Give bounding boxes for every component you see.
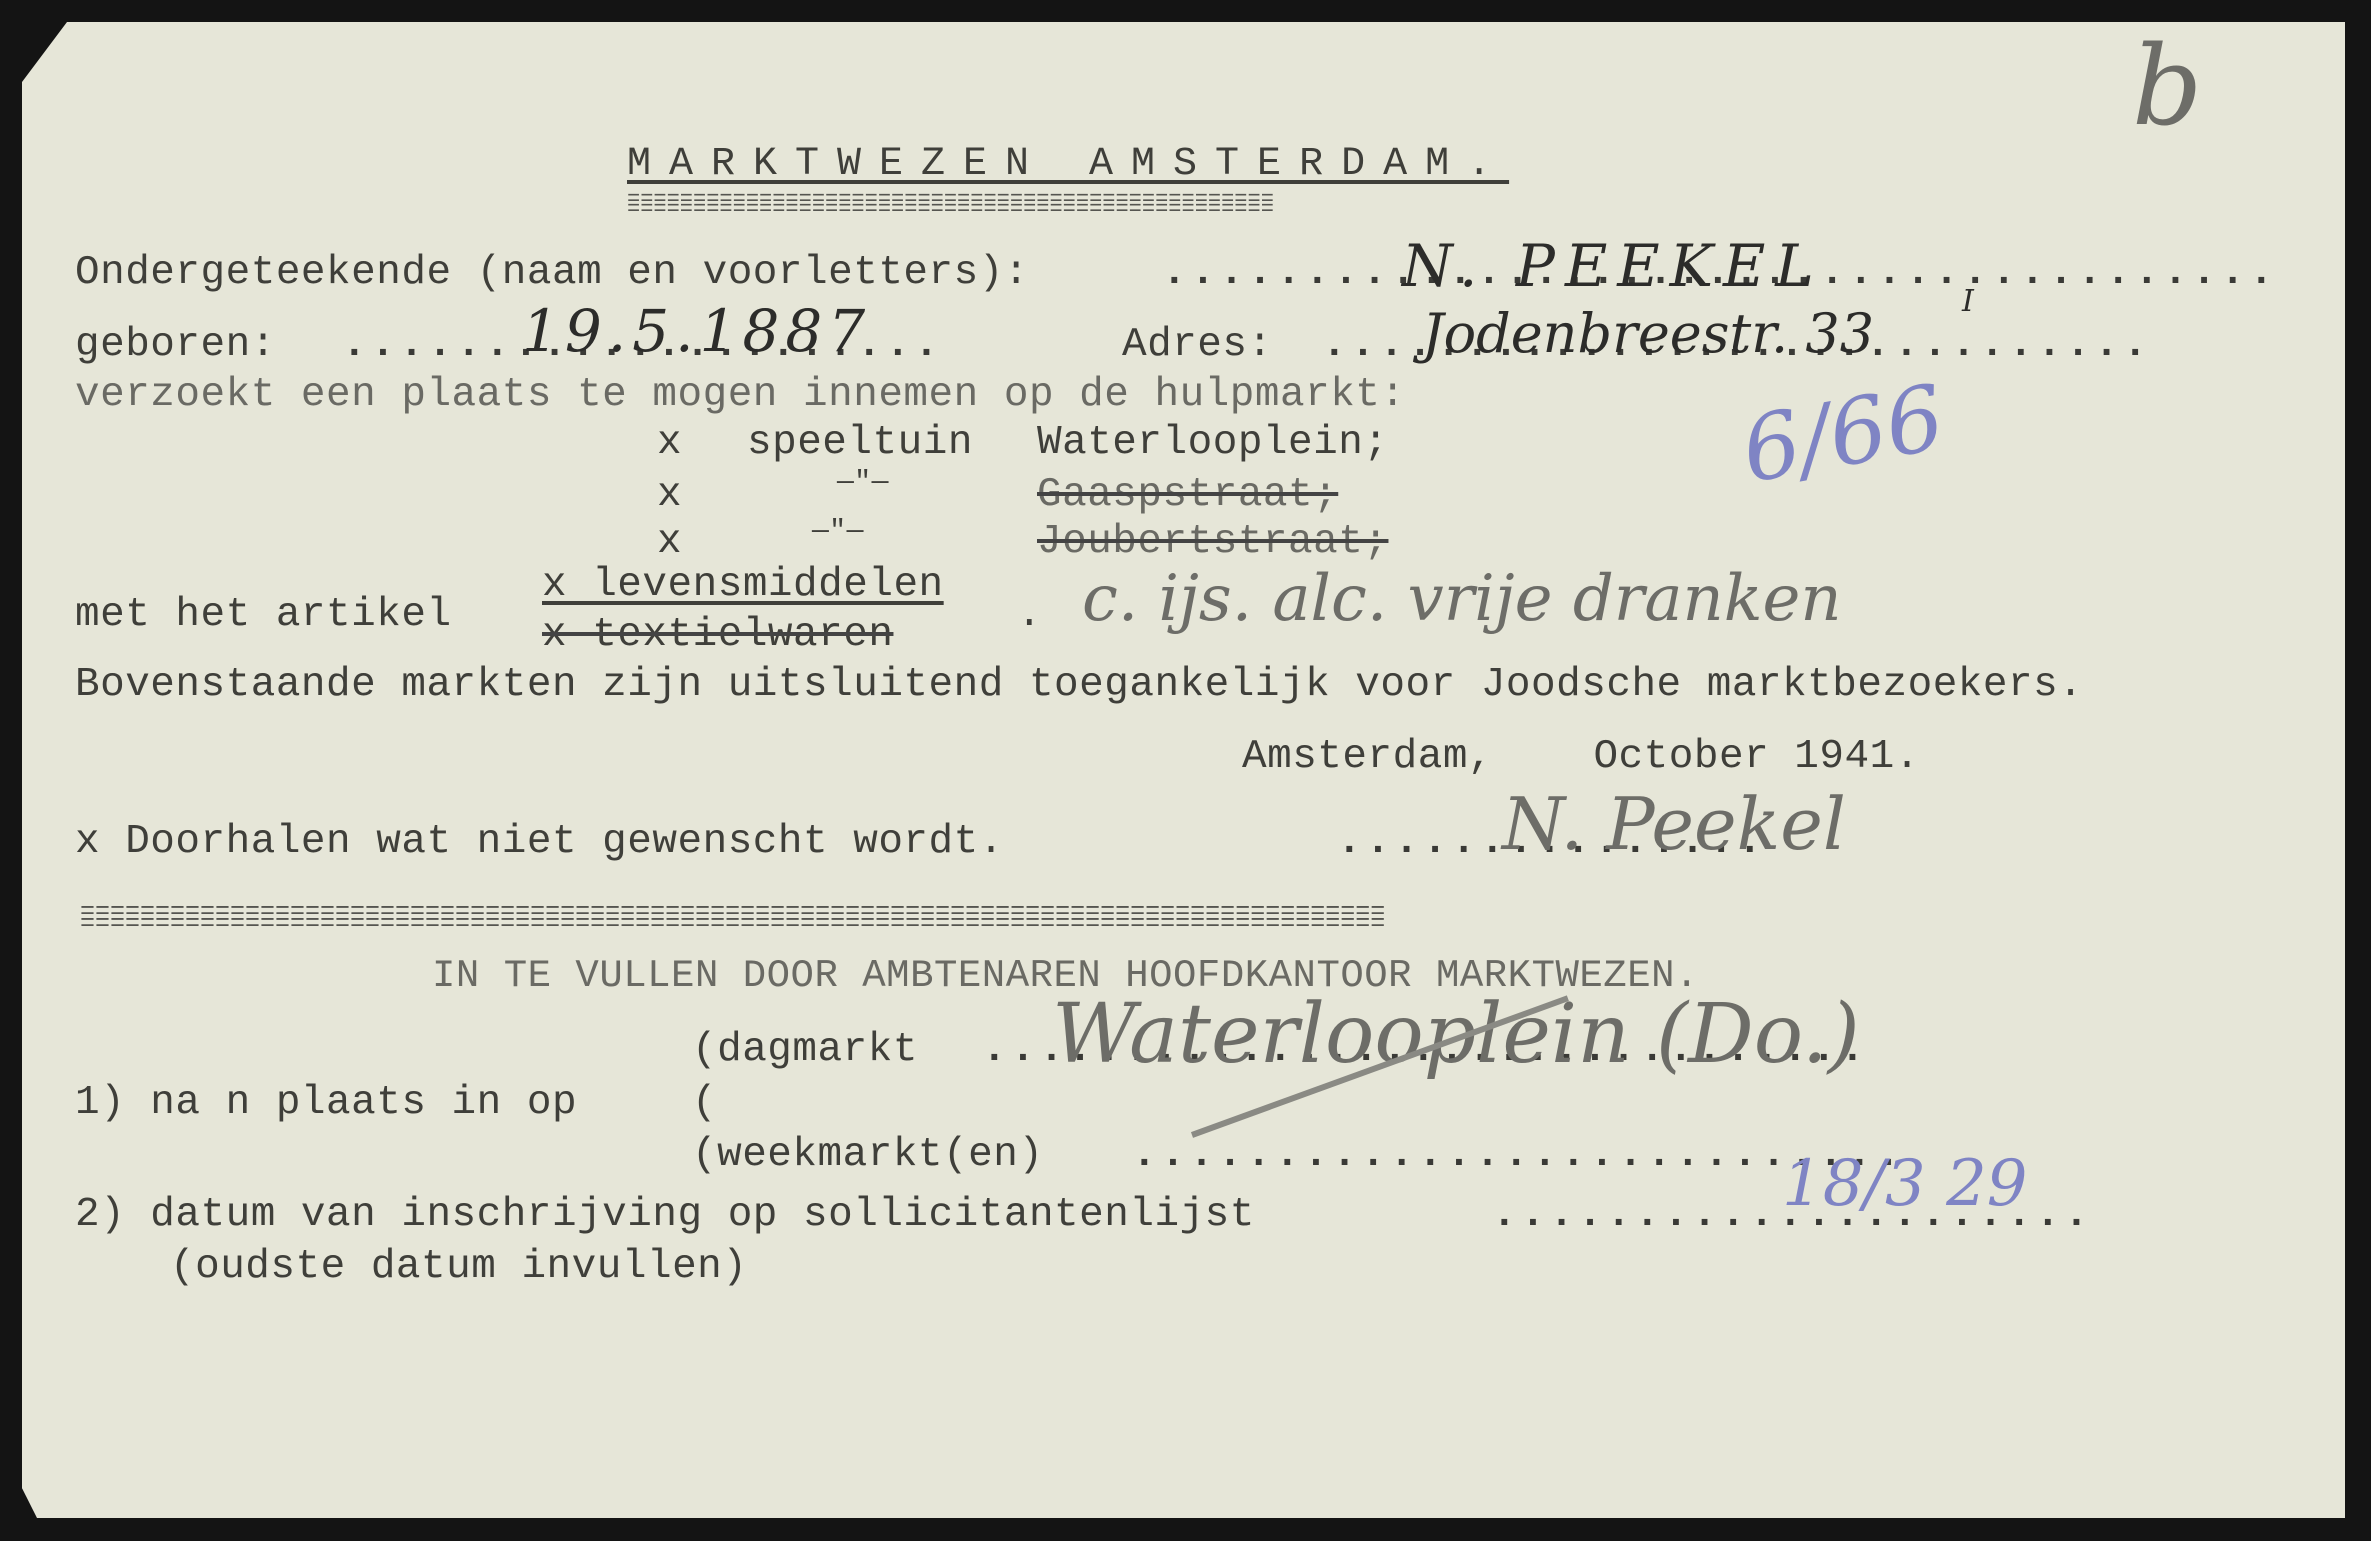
article-option-2: x textielwaren — [542, 612, 893, 658]
place-date: Amsterdam, October 1941. — [1242, 734, 1920, 780]
market-ditto-3: —″— — [812, 516, 864, 547]
market-prefix-1: speeltuin — [747, 420, 973, 466]
market-name-1: Waterlooplein; — [1037, 420, 1388, 466]
strike-note: x Doorhalen wat niet gewenscht wordt. — [75, 819, 1004, 865]
market-x-1: x — [657, 420, 682, 466]
restriction-text: Bovenstaande markten zijn uitsluitend to… — [75, 662, 2083, 708]
name-label: Ondergeteekende (naam en voorletters): — [75, 250, 1029, 296]
weekmarkt-label: (weekmarkt(en) — [692, 1132, 1043, 1178]
item2-label: 2) datum van inschrijving op sollicitant… — [75, 1192, 1255, 1238]
name-value: N. PEEKEL — [1402, 232, 1824, 300]
market-name-3: Joubertstraat; — [1037, 519, 1388, 565]
title-rule-2: ========================================… — [627, 202, 1274, 218]
address-label: Adres: — [1122, 322, 1273, 368]
article-label: met het artikel — [75, 592, 452, 638]
market-x-3: x — [657, 519, 682, 565]
blue-note: 6/66 — [1734, 365, 1951, 504]
section-divider-2: ========================================… — [80, 916, 1385, 932]
born-value: 19.5.1887 — [522, 297, 871, 365]
item1-label: 1) na n plaats in op — [75, 1080, 577, 1126]
market-ditto-2: —″— — [837, 467, 889, 498]
dagmarkt-label: (dagmarkt — [692, 1027, 918, 1073]
document-title: MARKTWEZEN AMSTERDAM. — [627, 142, 1509, 187]
article-option-1: x levensmiddelen — [542, 562, 944, 608]
request-line: verzoekt een plaats te mogen innemen op … — [75, 372, 1406, 418]
born-label: geboren: — [75, 322, 276, 368]
address-value: Jodenbreestr. 33 — [1422, 302, 1874, 365]
market-x-2: x — [657, 472, 682, 518]
article-note: c. ijs. alc. vrije dranken — [1082, 562, 1842, 636]
article-period: . — [1017, 592, 1042, 638]
address-sup: I — [1962, 284, 1974, 319]
brace: ( — [692, 1080, 717, 1126]
item2-value: 18/3 29 — [1782, 1147, 2028, 1221]
item2-sub: (oudste datum invullen) — [170, 1244, 747, 1290]
document-paper: b MARKTWEZEN AMSTERDAM. ================… — [22, 22, 2345, 1518]
signature: N. Peekel — [1502, 782, 1846, 866]
corner-mark: b — [2132, 22, 2202, 150]
market-name-2: Gaaspstraat; — [1037, 472, 1338, 518]
